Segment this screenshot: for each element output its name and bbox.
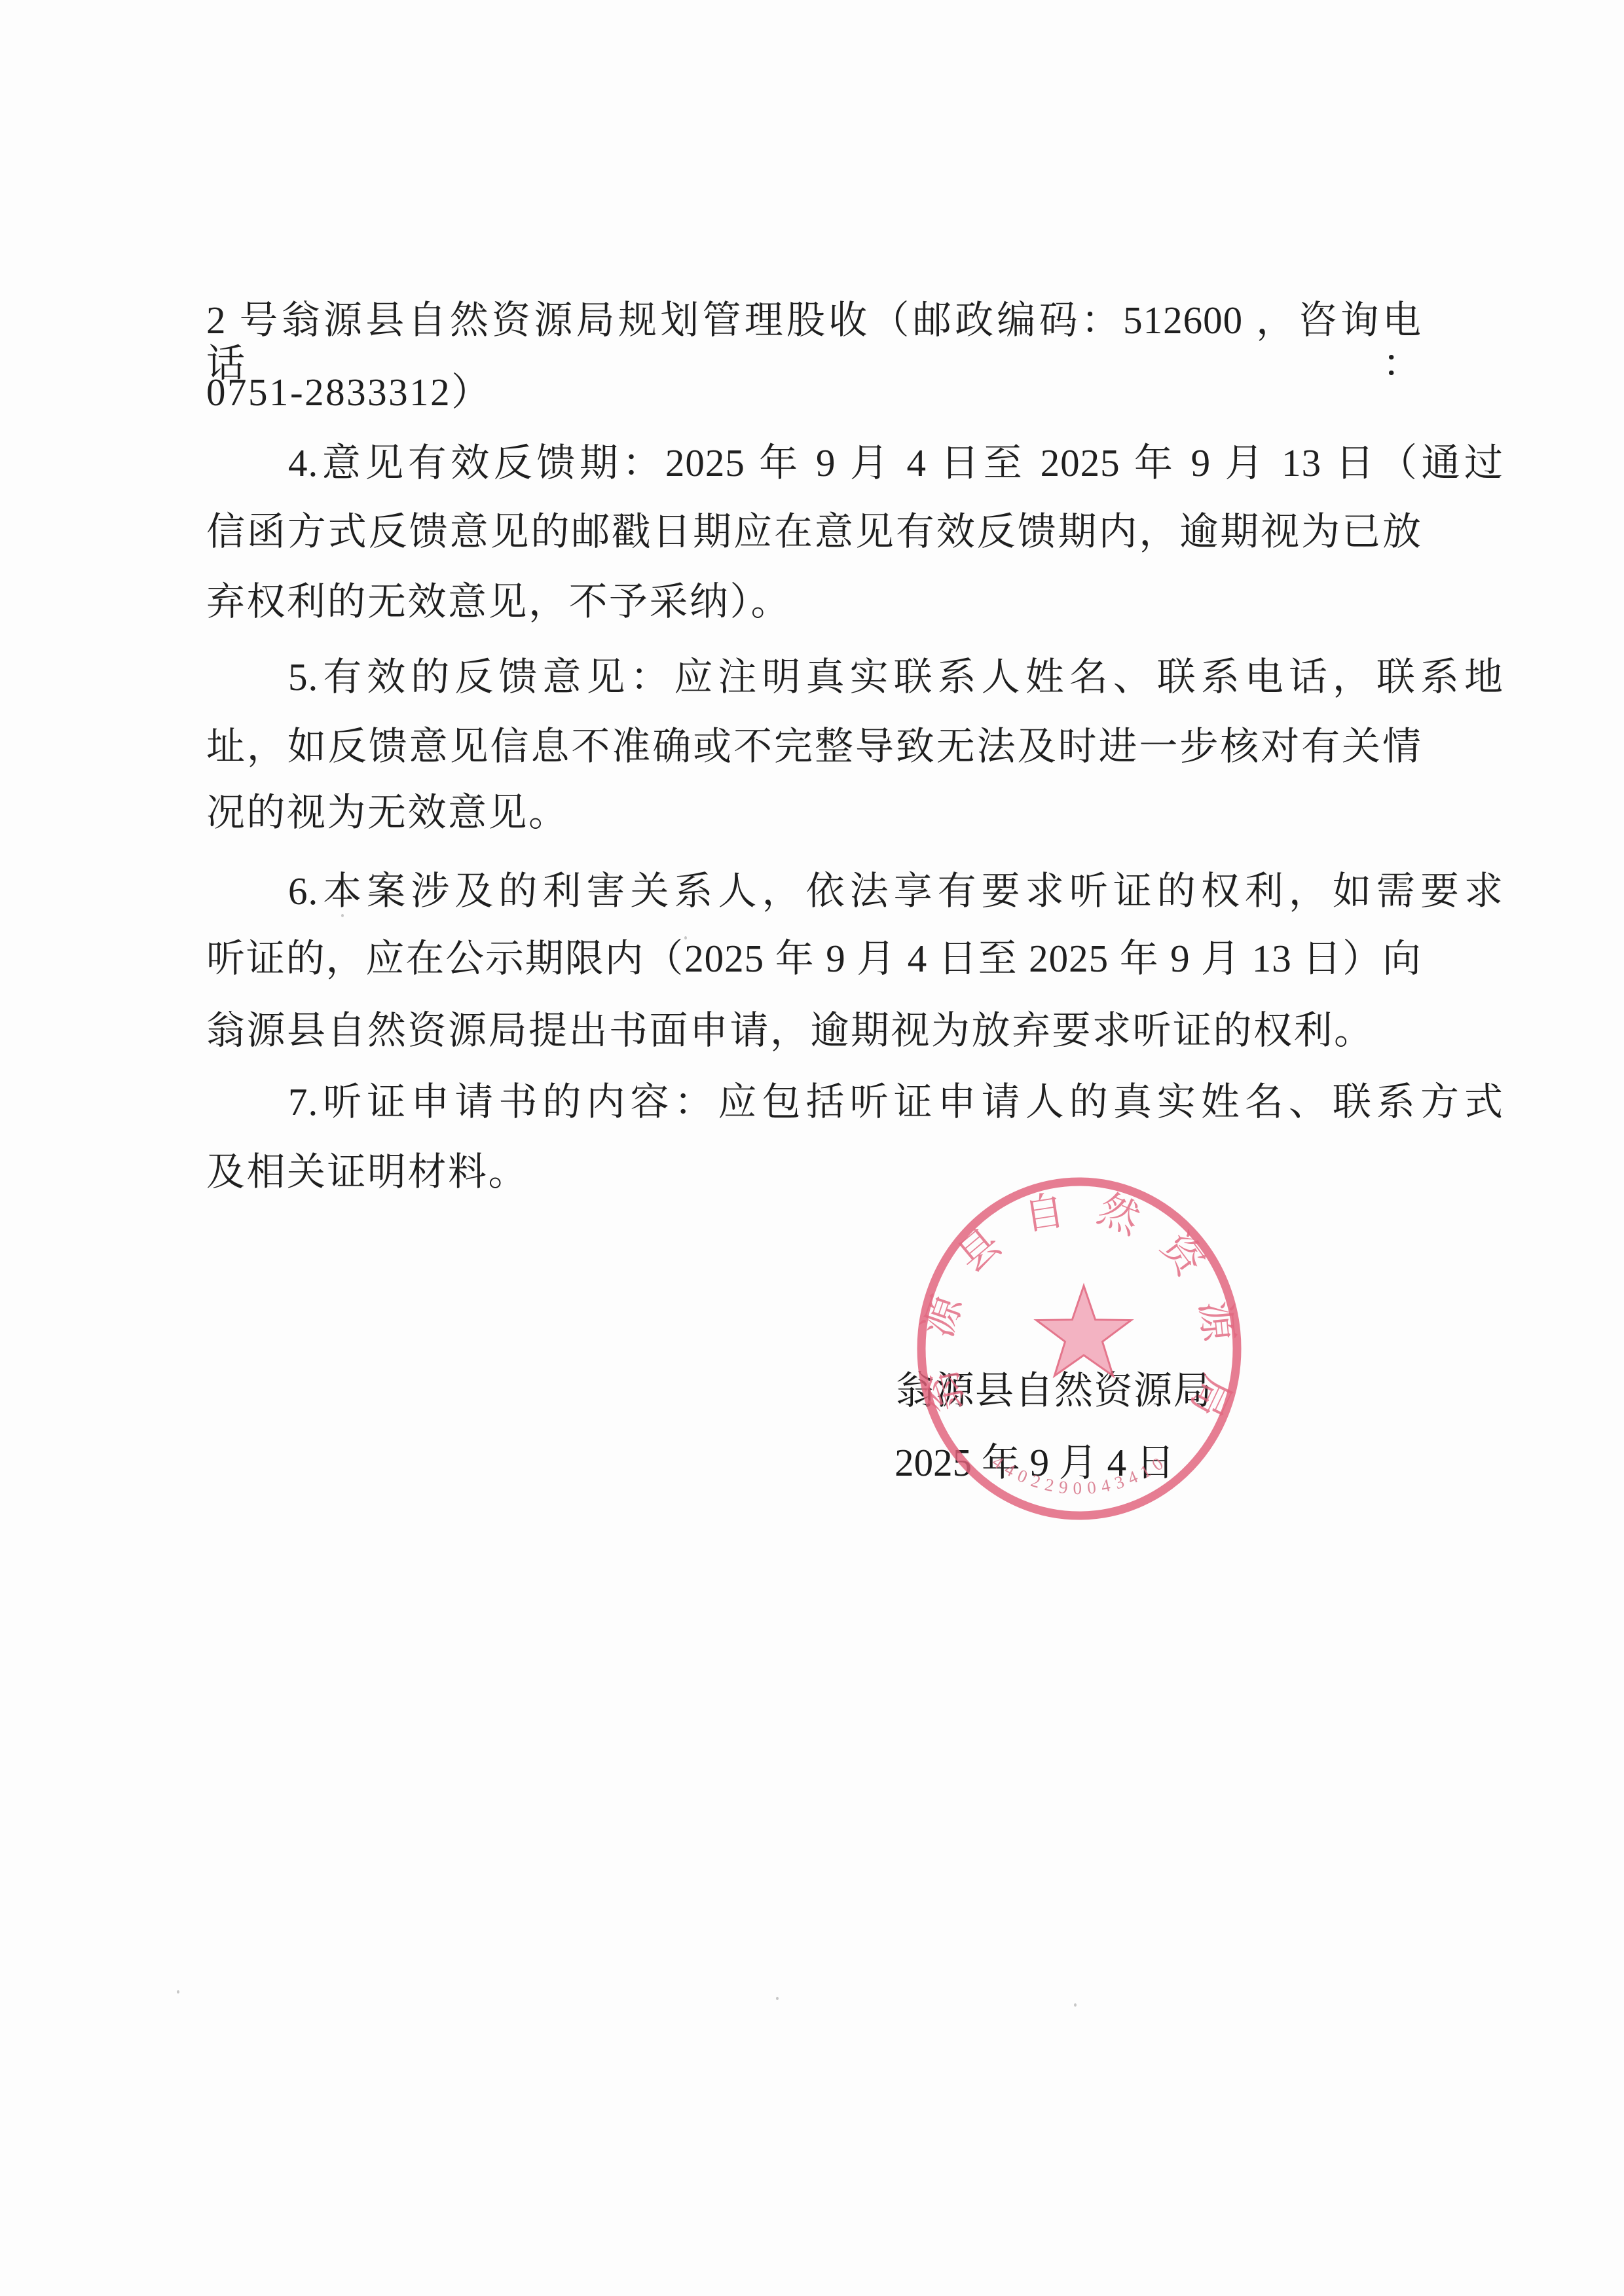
body-line: 4.意见有效反馈期：2025 年 9 月 4 日至 2025 年 9 月 13 … [206,441,1504,484]
document-page: 2 号翁源县自然资源局规划管理股收（邮政编码：512600 ，咨询电话： 075… [0,0,1624,2296]
scan-speck [684,936,687,939]
scan-speck [1074,2003,1077,2007]
body-line: 5.有效的反馈意见：应注明真实联系人姓名、联系电话，联系地 [206,655,1504,699]
body-line: 信函方式反馈意见的邮戳日期应在意见有效反馈期内，逾期视为已放 [206,510,1422,553]
body-line: 况的视为无效意见。 [206,791,1422,834]
body-line: 0751-2833312） [206,371,1422,414]
body-line: 翁源县自然资源局提出书面申请，逾期视为放弃要求听证的权利。 [206,1009,1422,1052]
body-line: 弃权利的无效意见，不予采纳）。 [206,580,1422,623]
scan-speck [776,1997,779,2000]
seal-star-icon [1037,1286,1132,1376]
signature-agency: 翁源县自然资源局 [858,1370,1251,1412]
body-line: 及相关证明材料。 [206,1150,1422,1194]
scan-speck [177,1990,179,1994]
signature-date: 2025 年 9 月 4 日 [838,1442,1231,1484]
body-line: 7.听证申请书的内容：应包括听证申请人的真实姓名、联系方式 [206,1080,1504,1123]
body-line: 址，如反馈意见信息不准确或不完整导致无法及时进一步核对有关情 [206,725,1422,768]
scan-speck [341,914,344,917]
body-line: 6.本案涉及的利害关系人，依法享有要求听证的权利，如需要求 [206,869,1504,913]
body-line: 听证的，应在公示期限内（2025 年 9 月 4 日至 2025 年 9 月 1… [206,937,1422,980]
